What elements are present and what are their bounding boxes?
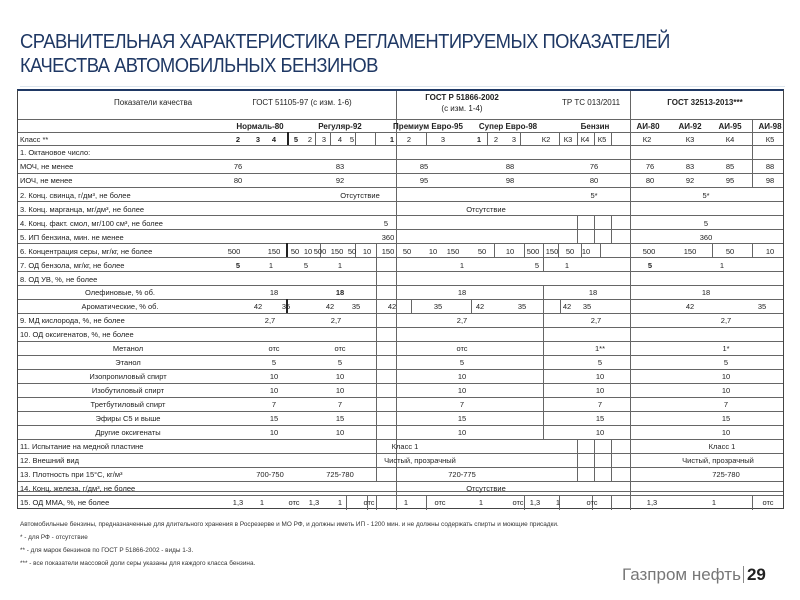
mon-value: 76 <box>590 162 598 172</box>
mma-value: отс <box>762 498 773 508</box>
table-cell: 360 <box>700 233 713 243</box>
class-21: К5 <box>766 135 775 145</box>
oxygenate-value: 10 <box>458 386 466 396</box>
header-indicators: Показатели качества <box>114 98 192 108</box>
aromatic-value: 35 <box>282 302 290 312</box>
row-divider <box>18 299 783 300</box>
mma-value: 1 <box>260 498 264 508</box>
row-divider <box>18 229 783 230</box>
oxygenate-value: 10 <box>722 428 730 438</box>
mma-value: 1 <box>712 498 716 508</box>
oxygenate-value: 10 <box>270 372 278 382</box>
oxygenate-value: 10 <box>270 428 278 438</box>
row-divider <box>18 397 783 398</box>
row-divider <box>18 215 783 216</box>
oxygen-value: 2,7 <box>721 316 731 326</box>
mma-value: 1 <box>556 498 560 508</box>
row-oxygenates: 10. ОД оксигенатов, %, не более <box>20 330 134 340</box>
column-divider <box>487 132 488 145</box>
row-ron: ИОЧ, не менее <box>20 176 72 186</box>
sulfur-value: 150 <box>546 247 559 257</box>
density-value: 725-780 <box>326 470 354 480</box>
aromatic-value: 35 <box>758 302 766 312</box>
column-divider <box>543 341 544 439</box>
column-divider <box>287 132 289 145</box>
benzene-value: 1 <box>565 261 569 271</box>
sulfur-value: 10 <box>766 247 774 257</box>
class-15: К3 <box>564 135 573 145</box>
table-cell: Класс 1 <box>392 442 419 452</box>
mma-value: отс <box>288 498 299 508</box>
class-9: 2 <box>407 135 411 145</box>
column-divider <box>543 243 544 271</box>
aromatic-value: 35 <box>518 302 526 312</box>
table-cell: 360 <box>382 233 395 243</box>
header-gost-51866-note: (с изм. 1-4) <box>441 104 482 114</box>
row-divider <box>18 495 783 496</box>
column-divider <box>577 215 578 243</box>
row-divider <box>18 453 783 454</box>
comparison-table: Показатели качестваГОСТ 51105-97 (с изм.… <box>17 89 784 509</box>
class-13: 3 <box>512 135 516 145</box>
benzene-value: 1 <box>338 261 342 271</box>
mma-value: 1,3 <box>647 498 657 508</box>
benzene-value: 1 <box>460 261 464 271</box>
header-gost-32513: ГОСТ 32513-2013*** <box>667 98 742 108</box>
oxygen-value: 2,7 <box>457 316 467 326</box>
row-lead: 2. Конц. свинца, г/дм³, не более <box>20 191 131 201</box>
column-divider <box>543 285 544 341</box>
benzene-value: 1 <box>269 261 273 271</box>
row-induction: 5. ИП бензина, мин. не менее <box>20 233 124 243</box>
oxygenate-value: 5 <box>338 358 342 368</box>
oxygenate-value: 15 <box>458 414 466 424</box>
aromatic-value: 35 <box>583 302 591 312</box>
row-divider <box>18 285 783 286</box>
benzene-value: 5 <box>236 261 240 271</box>
sulfur-value: 50 <box>291 247 299 257</box>
note-1: * - для РФ - отсутствие <box>20 531 559 544</box>
brand-3: Супер Евро-98 <box>479 122 537 132</box>
column-divider <box>376 495 377 510</box>
brand-8: АИ-98 <box>758 122 781 132</box>
column-divider <box>494 243 495 257</box>
row-divider <box>18 119 783 120</box>
oxygenate-value: отс <box>268 344 279 354</box>
oxygenate-value: 10 <box>596 372 604 382</box>
sulfur-value: 10 <box>363 247 371 257</box>
note-2: ** - для марок бензинов по ГОСТ Р 51866-… <box>20 544 559 557</box>
oxygenate-value: отс <box>334 344 345 354</box>
ron-value: 80 <box>234 176 242 186</box>
row-resins: 4. Конц. факт. смол, мг/100 см³, не боле… <box>20 219 163 229</box>
company-name: Газпром нефть <box>622 565 741 584</box>
sulfur-value: 500 <box>643 247 656 257</box>
oxygenate-value: 15 <box>722 414 730 424</box>
column-divider <box>577 439 578 481</box>
oxygen-value: 2,7 <box>591 316 601 326</box>
column-divider <box>752 119 753 187</box>
title-line-1: СРАВНИТЕЛЬНАЯ ХАРАКТЕРИСТИКА РЕГЛАМЕНТИР… <box>20 30 728 54</box>
mma-value: 1,3 <box>309 498 319 508</box>
column-divider <box>559 132 560 145</box>
oxygenate-value: 5 <box>724 358 728 368</box>
sulfur-value: 50 <box>348 247 356 257</box>
mma-value: 1 <box>338 498 342 508</box>
table-cell: 5 <box>384 219 388 229</box>
sulfur-value: 50 <box>478 247 486 257</box>
sulfur-value: 500 <box>314 247 327 257</box>
column-divider <box>752 243 753 257</box>
column-divider <box>600 243 601 257</box>
column-divider <box>315 132 316 145</box>
column-divider <box>411 299 412 313</box>
column-divider <box>594 439 595 481</box>
page-number: 29 <box>747 565 766 584</box>
sulfur-value: 150 <box>447 247 460 257</box>
ron-value: 98 <box>766 176 774 186</box>
olefin-value: 18 <box>458 288 466 298</box>
oxygenate-label: Изопропиловый спирт <box>89 372 166 382</box>
row-divider <box>18 481 783 482</box>
column-divider <box>376 341 377 481</box>
brand-0: Нормаль-80 <box>236 122 283 132</box>
table-cell: Отсутствие <box>340 191 380 201</box>
header-tr-ts: ТР ТС 013/2011 <box>562 98 620 108</box>
oxygenate-label: Эфиры С5 и выше <box>96 414 161 424</box>
benzene-value: 1 <box>720 261 724 271</box>
row-sulfur: 6. Концентрация серы, мг/кг, не более <box>20 247 152 257</box>
oxygenate-value: 10 <box>596 428 604 438</box>
class-1: 3 <box>256 135 260 145</box>
row-octane: 1. Октановое число: <box>20 148 90 158</box>
brand-4: Бензин <box>581 122 610 132</box>
row-mon: МОЧ, не менее <box>20 162 73 172</box>
class-18: К2 <box>643 135 652 145</box>
mma-value: отс <box>434 498 445 508</box>
mon-value: 83 <box>686 162 694 172</box>
oxygenate-value: 5 <box>272 358 276 368</box>
row-divider <box>18 425 783 426</box>
oxygenate-label: Другие оксигенаты <box>95 428 160 438</box>
aromatic-value: 42 <box>563 302 571 312</box>
class-2: 4 <box>272 135 276 145</box>
oxygenate-value: 10 <box>458 428 466 438</box>
title-divider <box>20 86 785 87</box>
mma-value: отс <box>363 498 374 508</box>
row-copper: 11. Испытание на медной пластине <box>20 442 143 452</box>
class-8: 1 <box>390 135 394 145</box>
oxygenate-value: 5 <box>460 358 464 368</box>
class-6: 4 <box>338 135 342 145</box>
column-divider <box>611 495 612 510</box>
table-cell: Класс 1 <box>709 442 736 452</box>
olefin-value: 18 <box>702 288 710 298</box>
sulfur-value: 50 <box>566 247 574 257</box>
sulfur-value: 50 <box>726 247 734 257</box>
brand-6: АИ-92 <box>678 122 701 132</box>
oxygenate-value: 7 <box>724 400 728 410</box>
title-line-2: КАЧЕСТВА АВТОМОБИЛЬНЫХ БЕНЗИНОВ <box>20 54 728 78</box>
row-divider <box>18 132 783 133</box>
note-main: Автомобильные бензины, предназначенные д… <box>20 518 559 531</box>
row-divider <box>18 411 783 412</box>
column-divider <box>330 132 331 145</box>
sulfur-value: 150 <box>268 247 281 257</box>
oxygenate-value: 1* <box>722 344 729 354</box>
class-10: 3 <box>441 135 445 145</box>
table-cell: Чистый, прозрачный <box>384 456 456 466</box>
oxygen-value: 2,7 <box>331 316 341 326</box>
mma-value: 1 <box>404 498 408 508</box>
olefin-value: 18 <box>589 288 597 298</box>
mma-value: отс <box>512 498 523 508</box>
brand-7: АИ-95 <box>718 122 741 132</box>
oxygenate-value: 10 <box>596 386 604 396</box>
mma-value: 1,3 <box>233 498 243 508</box>
brand-5: АИ-80 <box>636 122 659 132</box>
column-divider <box>376 243 377 257</box>
class-4: 2 <box>308 135 312 145</box>
column-divider <box>426 495 427 510</box>
row-divider <box>18 271 783 272</box>
column-divider <box>375 132 376 145</box>
benzene-value: 5 <box>535 261 539 271</box>
ron-value: 92 <box>336 176 344 186</box>
row-divider <box>18 145 783 146</box>
oxygenate-value: 15 <box>270 414 278 424</box>
column-divider <box>594 132 595 145</box>
class-17: К5 <box>598 135 607 145</box>
column-divider <box>712 243 713 257</box>
mon-value: 85 <box>420 162 428 172</box>
row-divider <box>18 439 783 440</box>
column-divider <box>355 132 356 145</box>
row-divider <box>18 187 783 188</box>
ron-value: 95 <box>420 176 428 186</box>
class-7: 5 <box>350 135 354 145</box>
oxygenate-value: 10 <box>336 428 344 438</box>
row-olefins: Олефиновые, % об. <box>85 288 155 298</box>
mon-value: 83 <box>336 162 344 172</box>
column-divider <box>286 243 288 257</box>
oxygenate-value: 10 <box>270 386 278 396</box>
column-divider <box>524 243 525 257</box>
mon-value: 76 <box>646 162 654 172</box>
header-gost-51105: ГОСТ 51105-97 (с изм. 1-6) <box>252 98 351 108</box>
column-divider <box>577 132 578 145</box>
mma-value: 1,3 <box>530 498 540 508</box>
olefin-value: 18 <box>270 288 278 298</box>
column-divider <box>560 299 561 313</box>
mma-value: отс <box>586 498 597 508</box>
oxygenate-value: 7 <box>460 400 464 410</box>
row-oxygen: 9. МД кислорода, %, не более <box>20 316 125 326</box>
oxygenate-label: Этанол <box>115 358 140 368</box>
oxygenate-value: 10 <box>722 386 730 396</box>
class-19: К3 <box>686 135 695 145</box>
mon-value: 88 <box>766 162 774 172</box>
oxygenate-label: Метанол <box>113 344 143 354</box>
sulfur-value: 10 <box>304 247 312 257</box>
std-divider <box>630 91 631 510</box>
class-12: 2 <box>494 135 498 145</box>
row-manganese: 3. Конц. марганца, мг/дм³, не более <box>20 205 144 215</box>
row-aromatics: Ароматические, % об. <box>81 302 158 312</box>
density-value: 700-750 <box>256 470 284 480</box>
aromatic-value: 42 <box>388 302 396 312</box>
aromatic-value: 42 <box>476 302 484 312</box>
sulfur-value: 150 <box>331 247 344 257</box>
row-divider <box>18 313 783 314</box>
mma-value: 1 <box>479 498 483 508</box>
oxygenate-label: Изобутиловый спирт <box>92 386 164 396</box>
ron-value: 92 <box>686 176 694 186</box>
row-divider <box>18 243 783 244</box>
sulfur-value: 500 <box>228 247 241 257</box>
density-value: 725-780 <box>712 470 740 480</box>
row-divider <box>18 355 783 356</box>
table-cell: 5* <box>590 191 597 201</box>
oxygenate-value: 10 <box>336 372 344 382</box>
oxygenate-value: 7 <box>598 400 602 410</box>
oxygenate-value: 5 <box>598 358 602 368</box>
ron-value: 80 <box>646 176 654 186</box>
aromatic-value: 42 <box>254 302 262 312</box>
header-gost-51866: ГОСТ Р 51866-2002 <box>425 93 499 103</box>
row-divider <box>18 383 783 384</box>
oxygenate-value: 7 <box>272 400 276 410</box>
oxygenate-value: 1** <box>595 344 605 354</box>
footer-separator <box>743 566 744 583</box>
column-divider <box>611 132 612 145</box>
sulfur-value: 10 <box>582 247 590 257</box>
oxygenate-value: 10 <box>722 372 730 382</box>
table-cell: Чистый, прозрачный <box>682 456 754 466</box>
table-cell: Отсутствие <box>466 484 506 494</box>
table-cell: 5 <box>704 219 708 229</box>
column-divider <box>426 132 427 145</box>
oxygenate-value: 10 <box>336 386 344 396</box>
table-cell: 5* <box>702 191 709 201</box>
sulfur-value: 150 <box>684 247 697 257</box>
mon-value: 88 <box>506 162 514 172</box>
ron-value: 80 <box>590 176 598 186</box>
column-divider <box>611 215 612 243</box>
class-20: К4 <box>726 135 735 145</box>
ron-value: 95 <box>726 176 734 186</box>
oxygenate-value: 15 <box>596 414 604 424</box>
brand-2: Премиум Евро-95 <box>393 122 463 132</box>
row-benzene: 7. ОД бензола, мг/кг, не более <box>20 261 124 271</box>
note-3: *** - все показатели массовой доли серы … <box>20 557 559 570</box>
oxygenate-value: 7 <box>338 400 342 410</box>
footnotes: Автомобильные бензины, предназначенные д… <box>20 518 559 570</box>
row-divider <box>18 341 783 342</box>
class-3: 5 <box>294 135 298 145</box>
row-divider <box>18 327 783 328</box>
row-appearance: 12. Внешний вид <box>20 456 79 466</box>
olefin-value: 18 <box>336 288 344 298</box>
oxygenate-label: Третбутиловый спирт <box>91 400 166 410</box>
row-divider <box>18 369 783 370</box>
aromatic-value: 35 <box>352 302 360 312</box>
class-0: 2 <box>236 135 240 145</box>
brand-1: Регуляр-92 <box>318 122 361 132</box>
class-16: К4 <box>581 135 590 145</box>
oxygenate-value: 10 <box>458 372 466 382</box>
sulfur-value: 150 <box>382 247 395 257</box>
column-divider <box>520 132 521 145</box>
column-divider <box>376 257 377 341</box>
ron-value: 98 <box>506 176 514 186</box>
aromatic-value: 42 <box>326 302 334 312</box>
benzene-value: 5 <box>648 261 652 271</box>
class-label: Класс ** <box>20 135 48 145</box>
row-divider <box>18 159 783 160</box>
benzene-value: 5 <box>304 261 308 271</box>
class-5: 3 <box>322 135 326 145</box>
oxygenate-value: отс <box>456 344 467 354</box>
sulfur-value: 50 <box>403 247 411 257</box>
aromatic-value: 42 <box>686 302 694 312</box>
row-divider <box>18 467 783 468</box>
sulfur-value: 10 <box>506 247 514 257</box>
footer: Газпром нефть29 <box>622 565 766 585</box>
row-mma: 15. ОД ММА, %, не более <box>20 498 109 508</box>
oxygen-value: 2,7 <box>265 316 275 326</box>
oxygenate-value: 15 <box>336 414 344 424</box>
row-divider <box>18 173 783 174</box>
sulfur-value: 500 <box>527 247 540 257</box>
class-11: 1 <box>477 135 481 145</box>
row-divider <box>18 257 783 258</box>
column-divider <box>594 215 595 243</box>
aromatic-value: 35 <box>434 302 442 312</box>
row-density: 13. Плотность при 15°С, кг/м³ <box>20 470 122 480</box>
mon-value: 76 <box>234 162 242 172</box>
column-divider <box>346 495 347 510</box>
table-cell: Отсутствие <box>466 205 506 215</box>
class-14: К2 <box>542 135 551 145</box>
column-divider <box>611 439 612 481</box>
density-value: 720-775 <box>448 470 476 480</box>
mon-value: 85 <box>726 162 734 172</box>
sulfur-value: 10 <box>429 247 437 257</box>
slide-title: СРАВНИТЕЛЬНАЯ ХАРАКТЕРИСТИКА РЕГЛАМЕНТИР… <box>20 30 728 78</box>
row-iron: 14. Конц. железа, г/дм³, не более <box>20 484 135 494</box>
column-divider <box>471 299 472 313</box>
column-divider <box>752 495 753 510</box>
column-divider <box>524 495 525 510</box>
row-divider <box>18 201 783 202</box>
row-hydrocarbons: 8. ОД УВ, %, не более <box>20 275 97 285</box>
